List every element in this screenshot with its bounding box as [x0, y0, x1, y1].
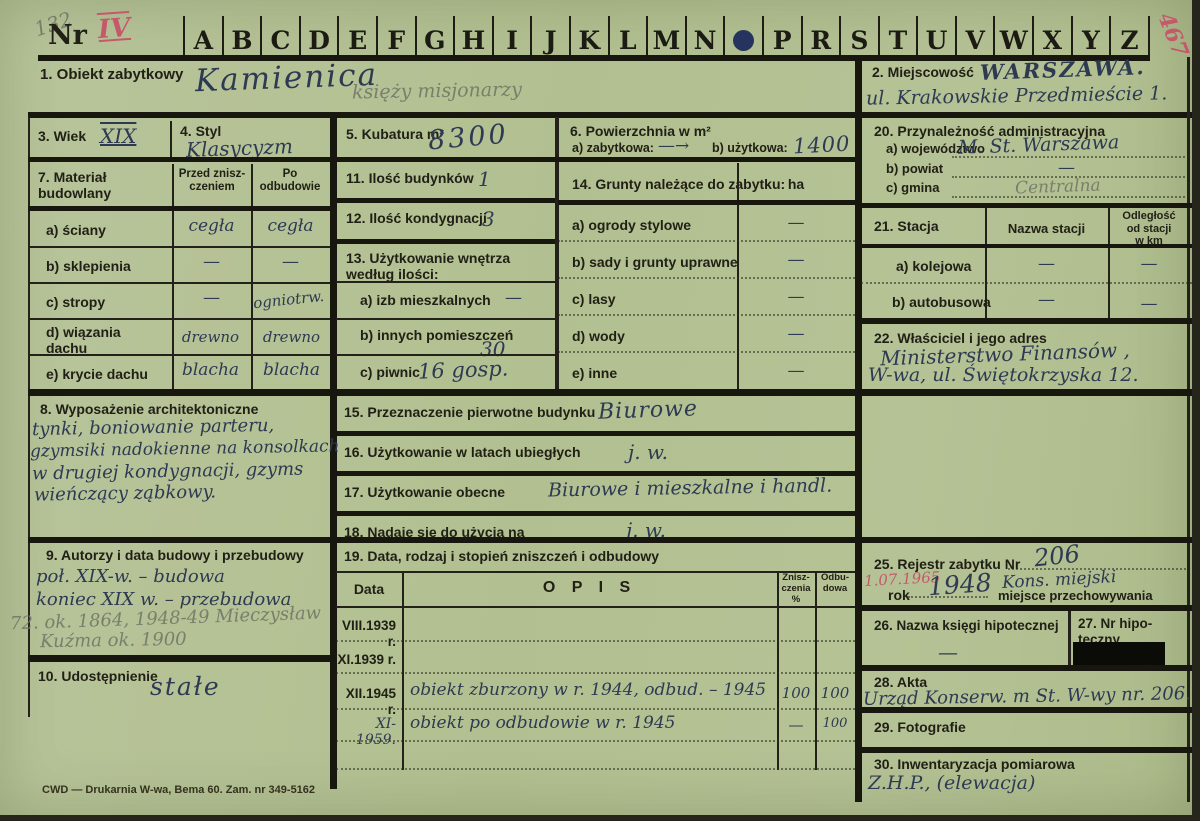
tab-letter: Y — [1073, 16, 1112, 56]
field13a-value: — — [505, 288, 522, 308]
field9-ink-line1: poł. XIX-w. – budowa — [36, 566, 225, 587]
divider — [558, 351, 855, 353]
tab-letter: J — [532, 16, 571, 56]
divider — [336, 281, 555, 283]
field21-row-dist: — — [1110, 294, 1188, 314]
field19-row-zn: — — [777, 716, 815, 734]
field14-row-label: c) lasy — [572, 291, 616, 307]
divider — [861, 203, 1192, 208]
tab-letter: X — [1034, 16, 1073, 56]
field14-row-value: — — [737, 361, 855, 381]
filled-dot-icon — [733, 30, 754, 51]
divider — [336, 672, 855, 674]
tab-letter: Z — [1111, 16, 1150, 56]
divider — [28, 537, 1192, 543]
field8-label: 8. Wyposażenie architektoniczne — [40, 401, 258, 417]
divider — [28, 206, 330, 211]
field7-row-before: — — [172, 252, 251, 272]
divider — [28, 318, 330, 320]
divider — [861, 282, 1192, 284]
field21-row-dist: — — [1110, 254, 1188, 274]
divider — [558, 277, 855, 279]
field7-row-label: d) wiązania dachu — [46, 324, 156, 356]
field7-label: 7. Materiał budowlany — [38, 169, 158, 201]
field9-label: 9. Autorzy i data budowy i przebudowy — [46, 547, 304, 563]
tab-letter: P — [764, 16, 803, 56]
divider — [558, 200, 855, 205]
field14-row-value: — — [737, 213, 855, 233]
divider — [336, 740, 855, 742]
field7-col-after: Po odbudowie — [252, 168, 328, 194]
field21-row-label: a) kolejowa — [896, 258, 971, 274]
divider — [336, 511, 855, 516]
field7-row-label: b) sklepienia — [46, 258, 131, 274]
divider — [558, 314, 855, 316]
field7-row-label: c) stropy — [46, 294, 105, 310]
field2-label: 2. Miejscowość — [872, 64, 974, 80]
field11-label: 11. Ilość budynków — [346, 170, 474, 186]
tab-letter: L — [610, 16, 649, 56]
tab-letter: G — [417, 16, 456, 56]
divider — [336, 708, 855, 710]
printer-imprint: CWD — Drukarnia W-wa, Bema 60. Zam. nr 3… — [42, 784, 315, 797]
tab-letter: T — [880, 16, 919, 56]
field14-row-value: — — [737, 250, 855, 270]
tab-letter: R — [803, 16, 842, 56]
field11-value: 1 — [478, 167, 491, 191]
divider — [861, 244, 1192, 248]
field26-label: 26. Nazwa księgi hipotecznej — [874, 618, 1059, 634]
field7-row-before: blacha — [170, 360, 251, 380]
divider — [861, 747, 1192, 753]
tab-letter: M — [648, 16, 687, 56]
tab-letter: I — [494, 16, 533, 56]
divider — [28, 354, 330, 356]
field7-row-before: cegła — [172, 216, 251, 236]
field10-label: 10. Udostępnienie — [38, 668, 158, 684]
alphabet-index-tabs: A B C D E F G H I J K L M N P R S T U V … — [183, 16, 1150, 56]
field7-col-before: Przed znisz- czeniem — [174, 168, 250, 194]
tab-letter: D — [301, 16, 340, 56]
tab-letter: C — [262, 16, 301, 56]
divider — [861, 605, 1192, 611]
divider — [861, 707, 1192, 713]
field7-row-before: drewno — [170, 328, 251, 346]
field21-col-dist: Odległość od stacji w km — [1110, 210, 1188, 248]
field15-value: Biurowe — [598, 396, 699, 424]
field16-value: j. w. — [628, 440, 668, 464]
tab-letter: A — [183, 16, 224, 56]
divider — [861, 318, 1192, 324]
tab-letter: W — [995, 16, 1034, 56]
field5-value: 8300 — [427, 119, 510, 157]
divider — [336, 431, 855, 436]
divider — [336, 318, 555, 320]
field14-row-label: d) wody — [572, 328, 625, 344]
field13c-label: c) piwnic — [360, 364, 420, 380]
field29-label: 29. Fotografie — [874, 719, 966, 735]
field6b-value: 1400 — [792, 132, 851, 159]
field19-col-data: Data — [336, 581, 402, 597]
field3-value: XIX — [100, 124, 136, 148]
letter-o-dot-marker — [725, 16, 764, 56]
field14-row-label: a) ogrody stylowe — [572, 217, 691, 233]
field21-row-name: — — [985, 254, 1108, 274]
field19-row-date: XI-1959. — [336, 716, 396, 748]
corner-number-right: 467 — [1152, 9, 1193, 61]
field19-row-opis: obiekt po odbudowie w r. 1945 — [410, 713, 675, 733]
field8-line: wieńczący ząbkowy. — [34, 481, 216, 505]
divider — [908, 596, 988, 598]
field21-row-label: b) autobusowa — [892, 294, 991, 310]
field14-row-label: e) inne — [572, 365, 617, 381]
field6b-label: b) użytkowa: — [712, 141, 788, 155]
field14-row-value: — — [737, 324, 855, 344]
field1-label: 1. Obiekt zabytkowy — [40, 66, 183, 83]
divider — [28, 112, 1192, 118]
field7-row-before: — — [172, 288, 251, 308]
field19-col-zniszczenia: Znisz- czenia % — [777, 573, 815, 606]
tab-letter: H — [455, 16, 494, 56]
field21-label: 21. Stacja — [874, 218, 939, 234]
nr-label: Nr — [48, 20, 87, 51]
tab-letter: K — [571, 16, 610, 56]
field20c-label: c) gmina — [886, 181, 939, 196]
divider — [28, 157, 855, 162]
field13c-value: 16 gosp. — [418, 356, 509, 383]
field6a-label: a) zabytkowa: — [572, 141, 654, 155]
field12-label: 12. Ilość kondygnacji — [346, 210, 487, 226]
field19-row-date: VIII.1939 r. — [336, 618, 396, 649]
field7-row-label: e) krycie dachu — [46, 366, 148, 382]
tab-letter: S — [841, 16, 880, 56]
nr-value-handwritten: IV — [97, 13, 131, 45]
field14-row-label: b) sady i grunty uprawne — [572, 254, 738, 270]
field19-row-od: 100 — [815, 684, 855, 702]
field6-label: 6. Powierzchnia w m² — [570, 123, 711, 139]
tab-letter: E — [339, 16, 378, 56]
field13a-label: a) izb mieszkalnych — [360, 292, 491, 308]
field12-value: 3 — [482, 207, 495, 231]
divider — [251, 164, 253, 390]
divider — [1068, 611, 1071, 666]
field7-row-after: — — [251, 252, 330, 272]
field21-row-name: — — [985, 290, 1108, 310]
divider — [336, 606, 855, 608]
field8-line: tynki, boniowanie parteru, — [32, 415, 275, 440]
field21-col-name: Nazwa stacji — [987, 222, 1106, 237]
tab-letter: U — [918, 16, 957, 56]
column-divider — [855, 57, 862, 802]
divider — [28, 246, 330, 248]
field3-label: 3. Wiek — [38, 128, 86, 144]
tab-letter: N — [687, 16, 726, 56]
field30-label: 30. Inwentaryzacja pomiarowa — [874, 756, 1075, 772]
field16-label: 16. Użytkowanie w latach ubiegłych — [344, 444, 581, 460]
field20a-value: M. St. Warszawa — [958, 131, 1120, 159]
field25-rok-label: rok — [888, 587, 910, 603]
field10-value: stałe — [150, 672, 221, 701]
field14-row-value: — — [737, 287, 855, 307]
field7-row-label: a) ściany — [46, 222, 106, 238]
field7-row-after: cegła — [251, 216, 330, 236]
field17-value: Biurowe i mieszkalne i handl. — [548, 475, 833, 502]
field19-row-zn: 100 — [777, 684, 815, 702]
divider — [336, 354, 555, 356]
field7-row-after: drewno — [251, 328, 332, 346]
divider — [336, 239, 555, 244]
field15-label: 15. Przeznaczenie pierwotne budynku — [344, 404, 595, 420]
field28-value: Urząd Konserw. m St. W-wy nr. 206. — [863, 683, 1191, 710]
field20b-value: — — [1058, 158, 1075, 178]
field19-col-odbudowa: Odbu- dowa — [815, 573, 855, 595]
field9-pencil-line2: Kuźma ok. 1900 — [40, 629, 187, 653]
field2-city: WARSZAWA. — [980, 54, 1146, 85]
tab-letter: F — [378, 16, 417, 56]
field30-value: Z.H.P., (elewacja) — [868, 772, 1035, 794]
field19-label: 19. Data, rodzaj i stopień zniszczeń i o… — [344, 548, 659, 564]
field20b-label: b) powiat — [886, 162, 943, 177]
field1-value: Kamienica — [194, 57, 378, 99]
tab-letter: V — [957, 16, 996, 56]
heritage-record-card: 132 Nr IV A B C D E F G H I J K L M N P … — [0, 0, 1192, 815]
field7-row-after: ogniotrw. — [252, 286, 335, 312]
divider — [172, 164, 174, 390]
divider — [28, 282, 330, 284]
divider — [336, 198, 555, 203]
divider — [170, 121, 172, 158]
divider — [558, 240, 855, 242]
divider — [28, 389, 1192, 396]
divider — [952, 196, 1185, 198]
field19-row-od: 100 — [815, 716, 855, 731]
divider — [861, 665, 1192, 671]
field19-row-date: XI.1939 r. — [336, 652, 396, 668]
tab-letter: B — [224, 16, 263, 56]
divider — [336, 640, 855, 642]
field19-col-opis: O P I S — [402, 579, 777, 597]
field13-label: 13. Użytkowanie wnętrza według ilości: — [346, 250, 531, 282]
field19-row-opis: obiekt zburzony w r. 1944, odbud. – 1945 — [410, 680, 766, 700]
field17-label: 17. Użytkowanie obecne — [344, 484, 505, 500]
field7-row-after: blacha — [251, 360, 332, 380]
field2-street: ul. Krakowskie Przedmieście 1. — [866, 82, 1168, 109]
divider — [336, 768, 855, 770]
field6a-value: —→ — [658, 136, 689, 156]
field26-value: — — [938, 640, 958, 664]
field22-line2: W-wa, ul. Świętokrzyska 12. — [868, 364, 1139, 386]
field25-place-label: miejsce przechowywania — [998, 589, 1153, 604]
field1-pencil-note: księży misjonarzy — [352, 79, 522, 104]
field19-row-date: XII.1945 r. — [336, 686, 396, 717]
field14-unit: ha — [737, 176, 855, 192]
field8-line: w drugiej kondygnacji, gzyms — [32, 459, 304, 485]
divider — [28, 655, 330, 662]
